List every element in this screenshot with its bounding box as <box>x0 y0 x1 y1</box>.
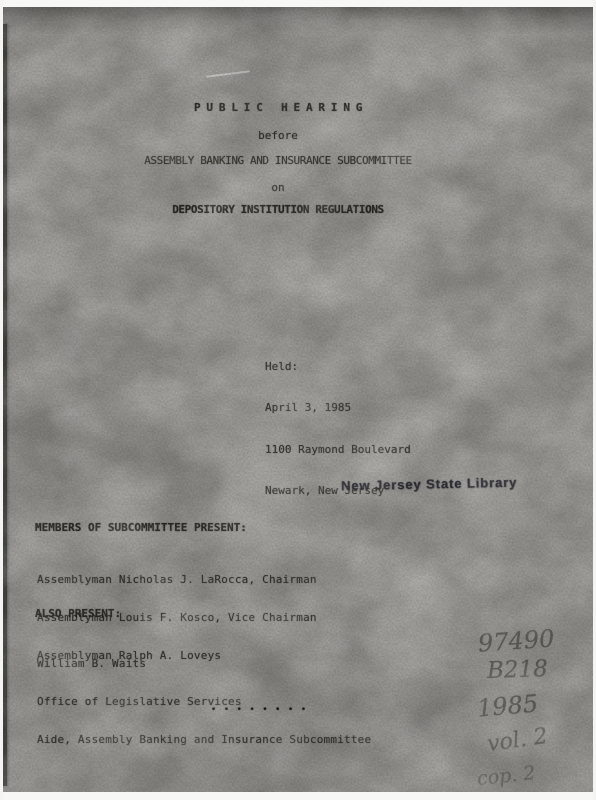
handwritten-call-number-line: 1985 <box>476 689 539 722</box>
scratch-mark <box>206 70 250 77</box>
committee-name: ASSEMBLY BANKING AND INSURANCE SUBCOMMIT… <box>0 154 556 167</box>
scan-margin-top <box>0 0 596 7</box>
on-label: on <box>0 181 556 194</box>
before-label: before <box>0 129 556 142</box>
also-present-heading: ALSO PRESENT: <box>35 607 121 620</box>
members-present-heading: MEMBERS OF SUBCOMMITTEE PRESENT: <box>35 521 247 534</box>
handwritten-call-number-line: cop. 2 <box>476 762 536 790</box>
handwritten-call-number-line: vol. 2 <box>486 724 550 757</box>
library-stamp: New Jersey State Library <box>341 474 556 493</box>
handwritten-call-number-line: 97490 <box>477 624 555 657</box>
scan-top-shadow <box>0 6 596 34</box>
separator-dots: • • • • • • • • <box>204 705 314 715</box>
handwritten-call-number-line: B218 <box>487 656 549 684</box>
scan-margin-left <box>0 0 3 800</box>
held-address: 1100 Raymond Boulevard <box>265 443 411 458</box>
member-name: Assemblyman Nicholas J. LaRocca, Chairma… <box>37 573 317 585</box>
scan-left-edge-line <box>3 24 7 786</box>
also-present-line: Aide, Assembly Banking and Insurance Sub… <box>37 733 371 745</box>
also-present-list: William B. Waits Office of Legislative S… <box>37 631 371 772</box>
held-label: Held: <box>265 360 411 375</box>
also-present-line: William B. Waits <box>37 657 371 669</box>
scanned-document-page: P U B L I C H E A R I N G before ASSEMBL… <box>0 0 596 800</box>
scan-margin-bottom <box>0 792 596 800</box>
held-block: Held: April 3, 1985 1100 Raymond Bouleva… <box>265 334 411 526</box>
hearing-subject: DEPOSITORY INSTITUTION REGULATIONS <box>0 203 556 216</box>
hearing-title: P U B L I C H E A R I N G <box>0 101 556 114</box>
held-date: April 3, 1985 <box>265 401 411 416</box>
